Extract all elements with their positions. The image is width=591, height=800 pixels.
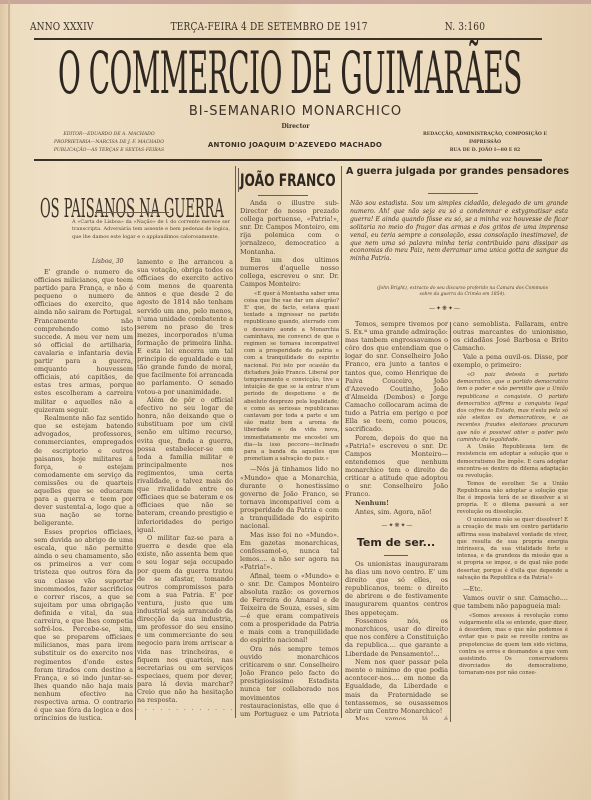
- paragraph: cano semoblista. Fallaram, entre outras …: [453, 320, 568, 352]
- paragraph: Afinal, teem o «Mundo» e o snr. Dr. Camp…: [240, 572, 339, 645]
- imprint-office: REDACÇÃO, ADMINISTRAÇÃO, COMPOSIÇÃO E: [405, 131, 565, 139]
- imprint-editor: EDITOR—EDUARDO DE A. MACHADO: [34, 131, 184, 139]
- imprint-address: RUA DE D. JOÃO I—80 E 82: [405, 147, 565, 155]
- ornament-divider: —✦❋✦—: [350, 522, 445, 529]
- paisanos-dateline: Lisboa, 30: [92, 258, 123, 265]
- paragraph: Realmente não faz sentido que se estejam…: [34, 414, 133, 527]
- page-top-edge: [0, 0, 591, 4]
- paragraph: Fossemos nós, os monarchicos, usar do di…: [345, 617, 448, 657]
- issue-number: N. 3:160: [445, 20, 485, 33]
- dotted-rule: · · · · · · · · · · · · · · · · · · · · …: [137, 718, 233, 720]
- column-divider-guerra: [450, 322, 451, 722]
- headline-box-left: [238, 168, 239, 192]
- paragraph: E' grande o numero de officiaes milician…: [34, 268, 133, 414]
- column-divider-paisanos: [135, 325, 136, 720]
- newspaper-subtitle: BI-SEMANARIO MONARCHICO: [0, 104, 591, 119]
- paragraph: Mas vamos lá á inauguração do centro rep…: [345, 715, 448, 720]
- director-name: ANTONIO JOAQUIM D'AZEVEDO MACHADO: [180, 141, 410, 149]
- paragraph: Porem, depois do que na «Patria!» escrev…: [345, 434, 448, 499]
- quoted-passage: «O paiz detesta o partido democratico, q…: [457, 372, 568, 444]
- paragraph: Anda o illustre sub-Director do nosso pr…: [240, 199, 339, 256]
- bottom-margin: [0, 724, 591, 800]
- headline-underline: [95, 212, 169, 213]
- paragraph: Nem nos quer passar pela mente o minimo …: [345, 658, 448, 715]
- paragraph: Vamos ouvir o snr. Camacho.... que tambe…: [453, 594, 568, 610]
- joao-franco-column-1: Anda o illustre sub-Director do nosso pr…: [240, 199, 339, 719]
- guerra-quote: Não sou estadista. Sou um simples cidadã…: [350, 200, 568, 263]
- paragraph: Vale a pena ouvil-os. Disse, por exemplo…: [453, 353, 568, 369]
- paragraph: lamento e lhe arrancou a sua votação, ob…: [137, 258, 233, 396]
- paragraph: —Nós já tinhamos lido no «Mundo» que a M…: [240, 465, 339, 530]
- paragraph: Em um dos ultimos numeros d'aquelle noss…: [240, 256, 339, 288]
- imprint-left: EDITOR—EDUARDO DE A. MACHADO PROPRIETARI…: [34, 131, 184, 155]
- headline-tem-de-ser: Tem de ser...: [346, 536, 446, 549]
- guerra-attribution: (John Bright), extracto do seu discurso …: [370, 286, 555, 298]
- quoted-passage: O unionismo não se quer dissolver! E a c…: [457, 517, 568, 582]
- paragraph: —Etc.: [453, 585, 568, 593]
- headline-joao-franco: JOÃO FRANCO: [240, 170, 312, 192]
- paragraph: O militar faz-se para a guerra e desde q…: [137, 534, 233, 704]
- guerra-column-right: cano semoblista. Fallaram, entre outras …: [453, 320, 568, 720]
- column-divider-1: [235, 166, 236, 718]
- imprint-printing: IMPRESSÃO: [405, 139, 565, 147]
- director-label: Director: [0, 123, 591, 130]
- paragraph: Nenhum!: [345, 499, 448, 507]
- quoted-passage: «E quer á Montanha saber uma coisa que l…: [244, 291, 339, 464]
- year-label: ANNO XXXIV: [30, 20, 94, 33]
- imprint-owner: PROPRIETARIA—NARCISA DE J. F. MACHADO: [34, 139, 184, 147]
- imprint-publication: PUBLICAÇÃO—ÁS TERÇAS E SEXTAS-FEIRAS: [34, 147, 184, 155]
- quoted-passage: A União Republicana tem de resistencia e…: [457, 444, 568, 480]
- dotted-rule: · · · · · · · · · · · · · · · · · · · · …: [137, 707, 233, 715]
- headline-underline: [384, 555, 408, 556]
- joao-franco-column-2: Temos, sempre tivemos por S. Ex.ª uma gr…: [345, 320, 448, 518]
- paragraph: Antes, sim. Agora, não!: [345, 508, 448, 516]
- headline-underline: [428, 193, 478, 194]
- paragraph: Ora nós sempre temos ouvido monarchicos …: [240, 645, 339, 719]
- quoted-passage: Temos de escolher. Se a União Republican…: [457, 481, 568, 517]
- headline-guerra-julgada: A guerra julgada por grandes pensadores: [345, 166, 570, 177]
- paisanos-lead: A «Carta de Lisboa» da «Nação» de 1 do c…: [72, 219, 230, 241]
- paragraph: Além de pôr o official efectivo no seu l…: [137, 396, 233, 534]
- column-divider-2: [341, 166, 342, 718]
- paisanos-column-2: lamento e lhe arrancou a sua votação, ob…: [137, 258, 233, 720]
- newspaper-page: ANNO XXXIV TERÇA-FEIRA 4 DE SETEMBRO DE …: [0, 0, 591, 800]
- newspaper-title: O COMMERCIO DE GUIMARÃES: [58, 44, 528, 102]
- tem-de-ser-column: Os unionistas inauguraram ha dias um nov…: [345, 560, 448, 720]
- headline-underline: [258, 195, 308, 196]
- page-fold-line: [8, 0, 10, 800]
- paisanos-column-1: E' grande o numero de officiaes milician…: [34, 268, 133, 720]
- paragraph: Os unionistas inauguraram ha dias um nov…: [345, 560, 448, 617]
- masthead-meta-line: ANNO XXXIV TERÇA-FEIRA 4 DE SETEMBRO DE …: [30, 20, 485, 33]
- issue-date: TERÇA-FEIRA 4 DE SETEMBRO DE 1917: [171, 20, 368, 33]
- imprint-right: REDACÇÃO, ADMINISTRAÇÃO, COMPOSIÇÃO E IM…: [405, 131, 565, 155]
- masthead-bottom-rule: [34, 159, 542, 161]
- quoted-passage: «Somos avessos á revolução como vulgarme…: [459, 613, 568, 678]
- ornament-divider: —✦❋✦—: [400, 305, 490, 312]
- paragraph: Esses proprios officiaes, sem duvida ao …: [34, 528, 133, 720]
- paragraph: Mas isso foi no «Mundo». Em gazetas mona…: [240, 531, 339, 571]
- paragraph: Temos, sempre tivemos por S. Ex.ª uma gr…: [345, 320, 448, 433]
